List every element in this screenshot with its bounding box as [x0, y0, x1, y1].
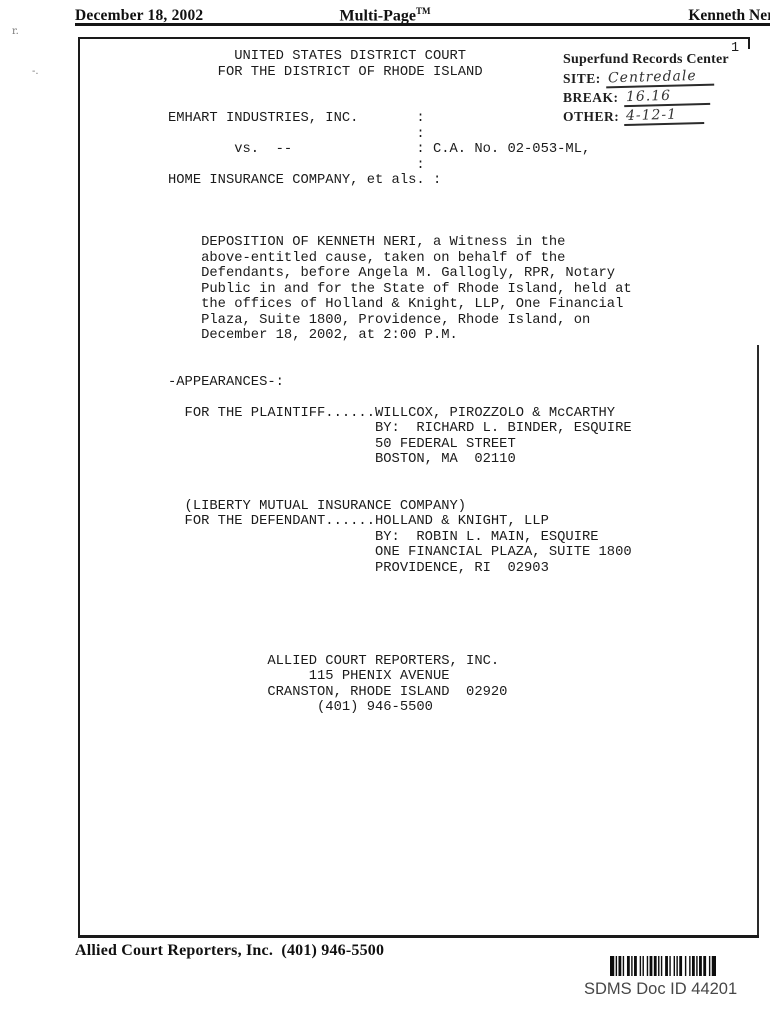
- scan-artifact: -.: [32, 66, 39, 77]
- scanned-document-viewer: December 18, 2002 Multi-PageTM Kenneth N…: [0, 0, 770, 1024]
- stamp-other-handwritten-value: 4-12-1: [624, 106, 704, 126]
- footer-reporter-line: Allied Court Reporters, Inc. (401) 946-5…: [75, 942, 384, 960]
- page-border-right: [757, 345, 759, 937]
- barcode-image: [610, 956, 716, 976]
- page-border-left: [78, 37, 80, 937]
- header-rule: [75, 23, 770, 26]
- deposition-cover-text: UNITED STATES DISTRICT COURT FOR THE DIS…: [168, 49, 632, 716]
- page-border-top: [78, 37, 750, 39]
- page-border-top-right-tick: [748, 37, 750, 49]
- stamp-break-handwritten-value: 16.16: [623, 87, 709, 107]
- header-title-text: Multi-Page: [340, 7, 416, 24]
- scan-artifact: r.: [12, 26, 19, 37]
- trademark-symbol: TM: [416, 6, 431, 16]
- page-border-bottom: [78, 935, 759, 938]
- sdms-doc-id-label: SDMS Doc ID 44201: [584, 980, 737, 999]
